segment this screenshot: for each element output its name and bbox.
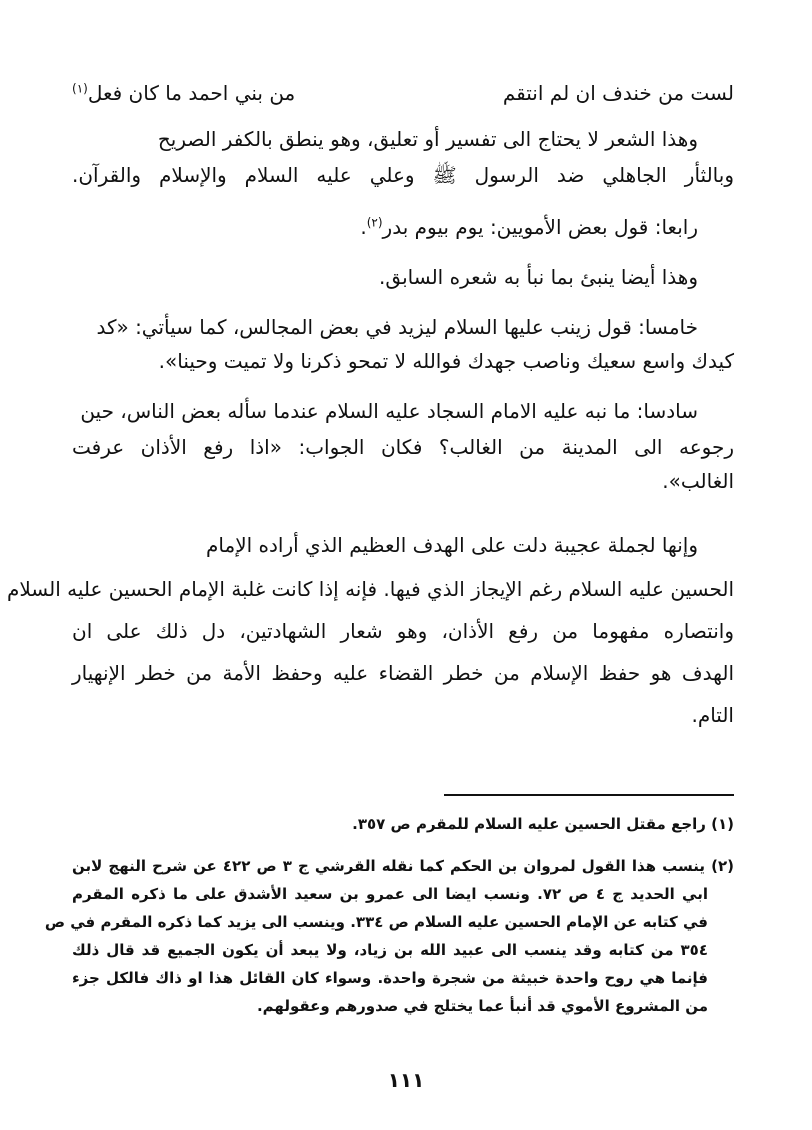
page-number: ١١١: [0, 1068, 812, 1092]
footnote-1: (١) راجع مقتل الحسين عليه السلام للمقرم …: [72, 810, 734, 838]
paragraph-5-line-2: رجوعه الى المدينة من الغالب؟ فكان الجواب…: [72, 432, 734, 462]
book-page: لست من خندف ان لم انتقم من بني احمد ما ك…: [0, 0, 812, 1130]
paragraph-6-line-5: التام.: [72, 700, 734, 730]
paragraph-6-line-3: وانتصاره مفهوما من رفع الأذان، وهو شعار …: [72, 616, 734, 646]
poem-left-hemistich: من بني احمد ما كان فعل(١): [72, 78, 295, 108]
poem-right-hemistich: لست من خندف ان لم انتقم: [503, 78, 734, 108]
paragraph-1-line-2: وبالثأر الجاهلي ضد الرسول ﷺ وعلي عليه ال…: [72, 160, 734, 190]
footnote-2-line-1: (٢) ينسب هذا القول لمروان بن الحكم كما ن…: [72, 852, 734, 880]
footnote-2-line-5: فإنما هي روح واحدة خبيثة من شجرة واحدة. …: [72, 964, 734, 992]
poem-verse: لست من خندف ان لم انتقم من بني احمد ما ك…: [72, 78, 734, 108]
footnote-2-line-6: من المشروع الأموي قد أنبأ عما يختلج في ص…: [72, 992, 734, 1020]
footnote-2-line-3: في كتابه عن الإمام الحسين عليه السلام ص …: [72, 908, 734, 936]
footnote-divider: [444, 794, 734, 796]
paragraph-5-line-1: سادسا: ما نبه عليه الامام السجاد عليه ال…: [72, 396, 734, 426]
paragraph-6-line-4: الهدف هو حفظ الإسلام من خطر القضاء عليه …: [72, 658, 734, 688]
footnote-2-line-2: ابي الحديد ج ٤ ص ٧٢. ونسب ايضا الى عمرو …: [72, 880, 734, 908]
paragraph-4-line-2: كيدك واسع سعيك وناصب جهدك فوالله لا تمحو…: [72, 346, 734, 376]
paragraph-6-line-1: وإنها لجملة عجيبة دلت على الهدف العظيم ا…: [72, 530, 734, 560]
paragraph-4-line-1: خامسا: قول زينب عليها السلام ليزيد في بع…: [72, 312, 734, 342]
paragraph-2: رابعا: قول بعض الأمويين: يوم بيوم بدر(٢)…: [72, 212, 734, 242]
paragraph-1-line-1: وهذا الشعر لا يحتاج الى تفسير أو تعليق، …: [72, 124, 734, 154]
footnote-ref-2[interactable]: (٢): [367, 215, 383, 229]
footnote-ref-1[interactable]: (١): [72, 81, 88, 95]
footnote-2-line-4: ٣٥٤ من كتابه وقد ينسب الى عبيد الله بن ز…: [72, 936, 734, 964]
paragraph-6-line-2: الحسين عليه السلام رغم الإيجاز الذي فيها…: [72, 574, 734, 604]
paragraph-3: وهذا أيضا ينبئ بما نبأ به شعره السابق.: [72, 262, 734, 292]
paragraph-5-line-3: الغالب».: [72, 466, 734, 496]
